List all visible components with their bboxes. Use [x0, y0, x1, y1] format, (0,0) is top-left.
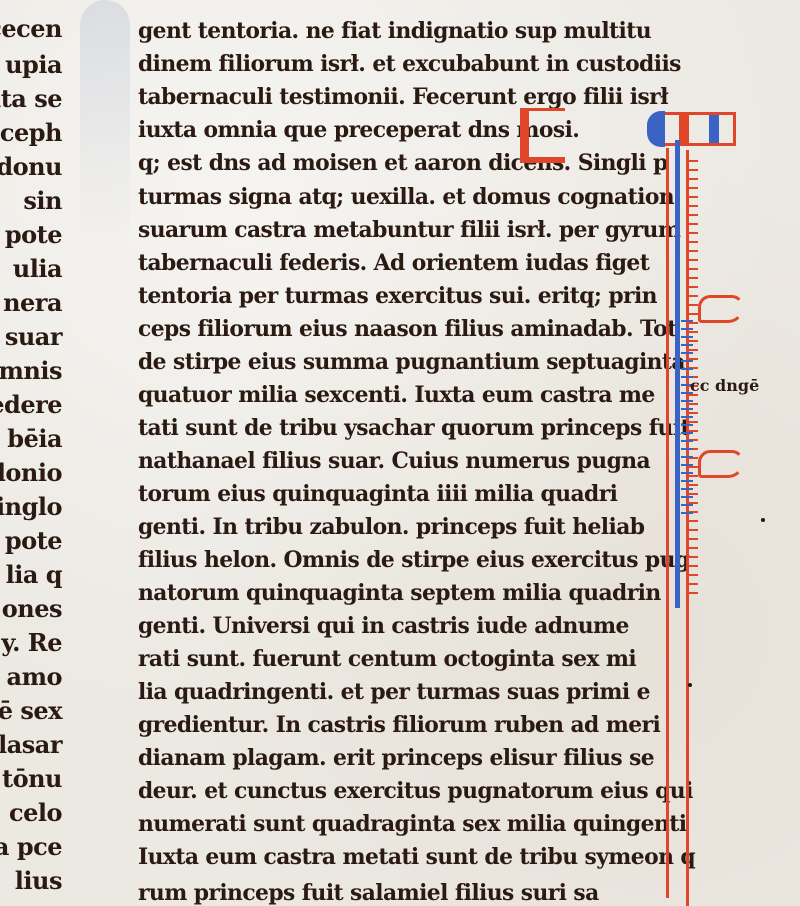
text-line: nathanael filius suar. Cuius numerus pug…: [138, 448, 650, 474]
left-line: suar: [5, 322, 62, 351]
marginal-note: cc dngē: [690, 376, 759, 395]
text-line: numerati sunt quadraginta sex milia quin…: [138, 811, 686, 837]
blue-border-line: [675, 140, 680, 608]
text-line: tabernaculi federis. Ad orientem iudas f…: [138, 250, 649, 276]
left-line: ata se: [0, 84, 62, 113]
blue-bar: [709, 115, 719, 143]
text-line: suarum castra metabuntur filii isrł. per…: [138, 217, 680, 243]
text-line: de stirpe eius summa pugnantium septuagi…: [138, 349, 685, 375]
text-line: natorum quinquaginta septem milia quadri…: [138, 580, 661, 606]
text-line: quatuor milia sexcenti. Iuxta eum castra…: [138, 382, 655, 408]
left-line: donu: [0, 152, 62, 181]
red-flourish: [698, 450, 744, 478]
text-line: dianam plagam. erit princeps elisur fili…: [138, 745, 654, 771]
text-line: torum eius quinquaginta iiii milia quadr…: [138, 481, 617, 507]
left-line: a pce: [0, 832, 62, 861]
text-line: lia quadringenti. et per turmas suas pri…: [138, 679, 650, 705]
text-line: genti. Universi qui in castris iude adnu…: [138, 613, 629, 639]
text-line: dinem filiorum isrł. et excubabunt in cu…: [138, 51, 681, 77]
text-line: gredientur. In castris filiorum ruben ad…: [138, 712, 660, 738]
left-line: sin: [23, 186, 62, 215]
left-line: omnis: [0, 356, 62, 385]
manuscript-page: cecen upia ata se ceph donu sin i pote u…: [0, 0, 800, 906]
left-line: ones: [2, 594, 62, 623]
blue-penwork-teeth: [681, 320, 693, 515]
text-line: ceps filiorum eius naason filius aminada…: [138, 316, 677, 342]
text-line: iuxta omnia que preceperat dns mosi.: [138, 117, 579, 143]
left-line: tōnu: [2, 764, 62, 793]
left-line: celo: [9, 798, 62, 827]
left-line: cecen: [0, 14, 62, 43]
gutter-stain: [80, 0, 130, 250]
left-line: bēia: [7, 424, 62, 453]
text-line: rum princeps fuit salamiel filius suri s…: [138, 880, 599, 906]
ink-spot: [761, 518, 765, 522]
text-line: q; est dns ad moisen et aaron dicens. Si…: [138, 150, 668, 176]
left-line: ceph: [0, 118, 62, 147]
text-line: tentoria per turmas exercitus sui. eritq…: [138, 283, 657, 309]
left-line: donio: [0, 458, 62, 487]
red-border-line: [666, 148, 669, 898]
main-text-column: gent tentoria. ne fiat indignatio sup mu…: [138, 0, 668, 906]
left-line: y. Re: [1, 628, 62, 657]
text-line: genti. In tribu zabulon. princeps fuit h…: [138, 514, 644, 540]
left-line: singlo: [0, 492, 62, 521]
border-terminal-ornament: [657, 112, 736, 146]
left-line: nera: [3, 288, 62, 317]
left-line: upia: [5, 50, 62, 79]
text-line: filius helon. Omnis de stirpe eius exerc…: [138, 547, 690, 573]
red-flourish: [698, 295, 744, 323]
left-text-column: cecen upia ata se ceph donu sin i pote u…: [0, 0, 80, 906]
text-line: Iuxta eum castra metati sunt de tribu sy…: [138, 844, 695, 870]
text-line: gent tentoria. ne fiat indignatio sup mu…: [138, 18, 651, 44]
left-line: rē sex: [0, 696, 62, 725]
left-line: lia q: [6, 560, 62, 589]
ink-spot: [688, 683, 692, 687]
left-line: pote: [5, 526, 62, 555]
text-line: tabernaculi testimonii. Fecerunt ergo fi…: [138, 84, 668, 110]
left-line: lius: [15, 866, 62, 895]
text-line: turmas signa atq; uexilla. et domus cogn…: [138, 184, 674, 210]
text-line: deur. et cunctus exercitus pugnatorum ei…: [138, 778, 693, 804]
left-line: i pote: [0, 220, 62, 249]
red-bar: [679, 115, 689, 143]
text-line: tati sunt de tribu ysachar quorum prince…: [138, 415, 690, 441]
left-line: ulia: [13, 254, 62, 283]
blue-terminal: [647, 111, 665, 147]
left-line: amo: [7, 662, 62, 691]
left-line: lasar: [0, 730, 62, 759]
left-line: edere: [0, 390, 62, 419]
text-line: rati sunt. fuerunt centum octoginta sex …: [138, 646, 636, 672]
decorated-initial-l: [520, 108, 565, 163]
